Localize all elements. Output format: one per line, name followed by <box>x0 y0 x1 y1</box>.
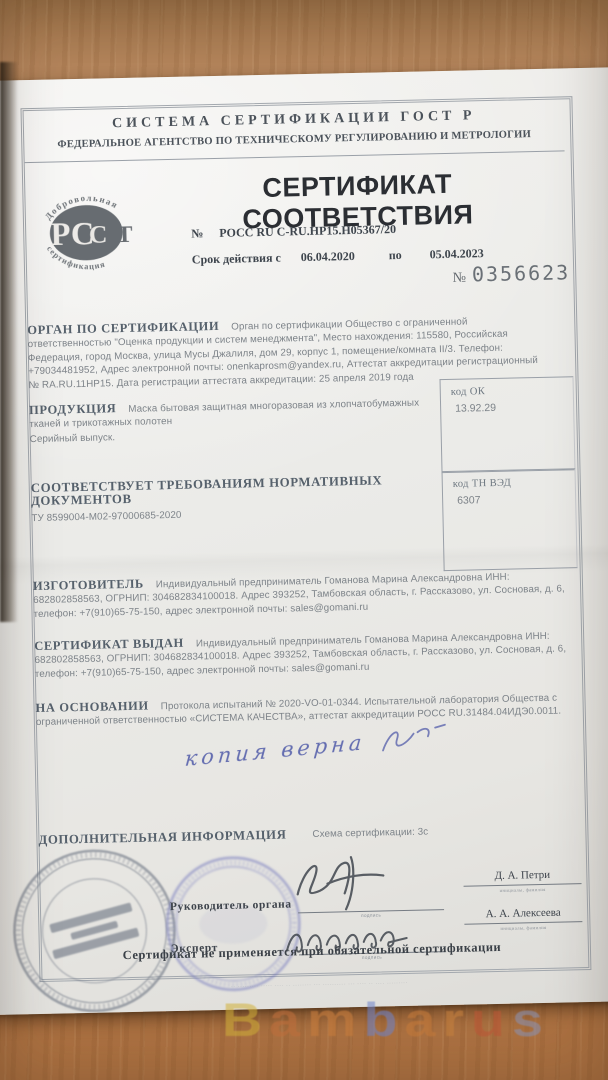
validity-po-label: по <box>389 248 402 262</box>
handwritten-signature-flourish <box>377 721 450 761</box>
logo-t-letter: Т <box>117 222 134 248</box>
watermark-letter: r <box>442 993 471 1046</box>
section-issued-label: СЕРТИФИКАТ ВЫДАН <box>34 636 184 653</box>
watermark-letter: u <box>471 993 512 1046</box>
head-name: Д. А. Петри инициалы, фамилия <box>463 868 581 887</box>
table-edge-shadow <box>0 62 18 622</box>
code-tnved-box: код ТН ВЭД 6307 <box>442 468 578 571</box>
rst-certification-mark-icon: Добровольная РС C Т сертификация <box>28 169 149 290</box>
photo-of-certificate-on-table: СИСТЕМА СЕРТИФИКАЦИИ ГОСТ Р ФЕДЕРАЛЬНОЕ … <box>0 0 608 1080</box>
section-product: ПРОДУКЦИЯМаска бытовая защитная многораз… <box>29 395 430 446</box>
section-product-label: ПРОДУКЦИЯ <box>29 401 117 417</box>
printer-fine-print: ·· ········· ····· ···· ·· ········ ··· … <box>110 977 530 991</box>
serial-no-sign: № <box>452 271 466 286</box>
watermark-letter: s <box>512 993 550 1046</box>
certificate-paper: СИСТЕМА СЕРТИФИКАЦИИ ГОСТ Р ФЕДЕРАЛЬНОЕ … <box>0 67 608 1015</box>
watermark-letter: b <box>363 993 404 1046</box>
validity-label: Срок действия с <box>192 251 281 267</box>
watermark-letter: m <box>307 993 363 1046</box>
watermark-letter: a <box>404 993 442 1046</box>
code-ok-label: код ОК <box>451 384 563 397</box>
section-additional-text: Схема сертификации: 3с <box>312 826 428 840</box>
expert-name-text: А. А. Алексеева <box>486 907 561 921</box>
watermark-letter: B <box>222 993 269 1046</box>
code-tnved-value: 6307 <box>453 492 565 506</box>
registration-number: РОСС RU C-RU.НР15.Н05367/20 <box>219 222 396 240</box>
code-ok-box: код ОК 13.92.29 <box>439 376 575 473</box>
valid-to-date: 05.04.2023 <box>430 246 484 261</box>
expert-name: А. А. Алексеева инициалы, фамилия <box>464 906 582 925</box>
head-signature-line: подпись <box>298 887 444 913</box>
code-tnved-label: код ТН ВЭД <box>453 476 565 489</box>
registration-no-sign: № <box>191 226 203 240</box>
watermark-letter: a <box>269 993 307 1046</box>
section-basis-label: НА ОСНОВАНИИ <box>35 698 148 714</box>
valid-from-date: 06.04.2020 <box>301 249 355 264</box>
code-ok-value: 13.92.29 <box>451 400 563 414</box>
blank-serial-number: №0356623 <box>358 260 570 289</box>
head-name-text: Д. А. Петри <box>494 869 550 882</box>
svg-text:C: C <box>89 219 108 248</box>
bambarus-watermark: Bambarus <box>222 992 550 1047</box>
serial-digits: 0356623 <box>472 260 571 286</box>
section-manufacturer-label: ИЗГОТОВИТЕЛЬ <box>33 576 144 592</box>
section-conformity: СООТВЕТСТВУЕТ ТРЕБОВАНИЯМ НОРМАТИВНЫХ ДО… <box>31 473 432 525</box>
